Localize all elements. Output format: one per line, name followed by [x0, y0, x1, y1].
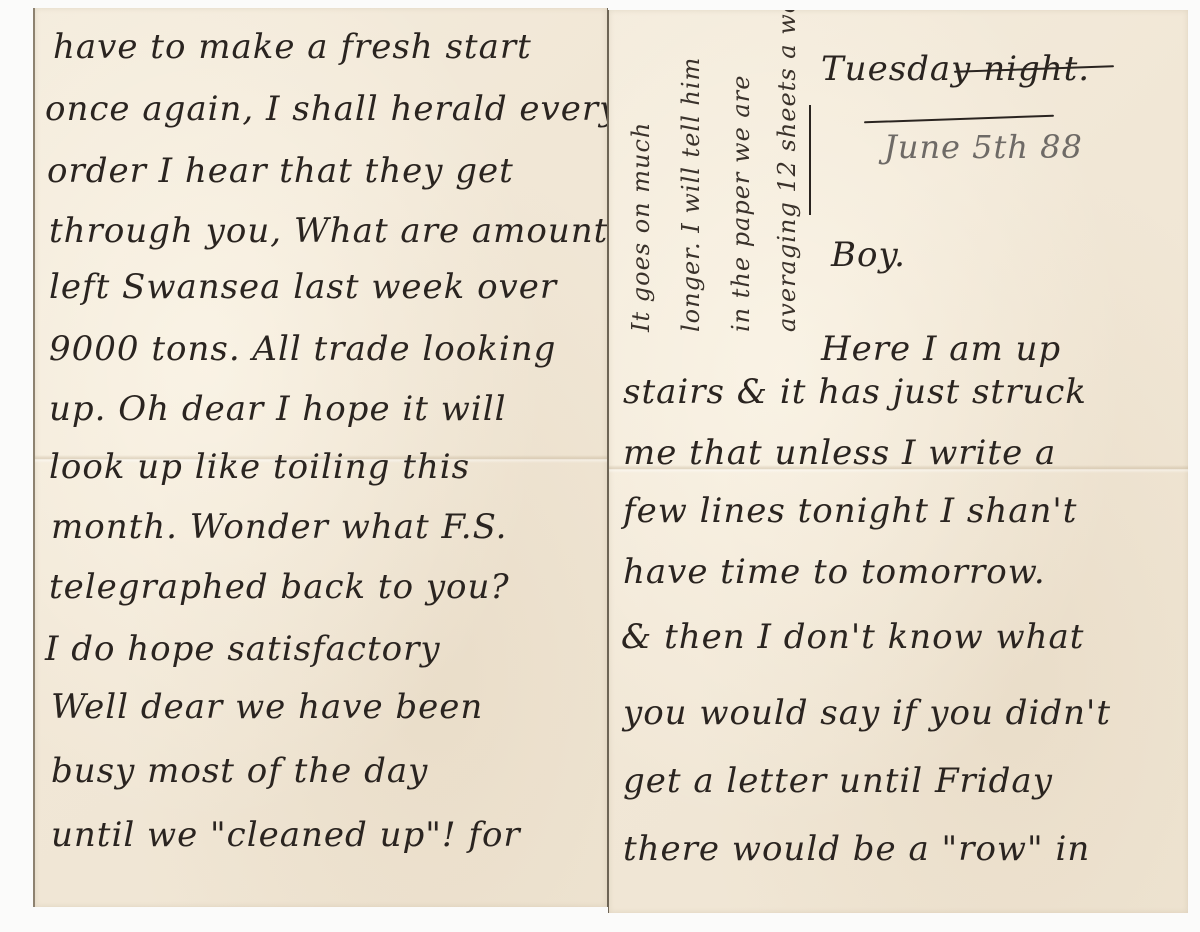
salutation: Boy. [831, 238, 906, 272]
left-line-10: telegraphed back to you? [49, 570, 510, 604]
right-line-6: & then I don't know what [621, 620, 1084, 654]
left-line-6: 9000 tons. All trade looking [49, 332, 556, 366]
right-line-8: get a letter until Friday [623, 764, 1053, 798]
left-line-11: I do hope satisfactory [45, 632, 441, 666]
right-line-7: you would say if you didn't [623, 696, 1111, 730]
margin-note-line-4: averaging 12 sheets a week!!! [773, 10, 801, 332]
left-line-13: busy most of the day [51, 754, 428, 788]
right-line-9: there would be a "row" in [623, 832, 1090, 866]
left-line-8: look up like toiling this [49, 450, 470, 484]
margin-note-line-2: longer. I will tell him [677, 57, 705, 332]
left-line-12: Well dear we have been [51, 690, 483, 724]
left-line-4: through you, What are amounts. [49, 214, 608, 248]
heading-underline-2 [864, 115, 1054, 124]
left-line-2: once again, I shall herald every [45, 92, 608, 126]
right-line-2: stairs & it has just struck [623, 375, 1087, 409]
margin-note-line-1: It goes on much [627, 122, 655, 332]
left-page: have to make a fresh start once again, I… [33, 8, 608, 907]
right-line-3: me that unless I write a [623, 436, 1056, 470]
right-page: It goes on much longer. I will tell him … [608, 10, 1188, 913]
left-line-9: month. Wonder what F.S. [51, 510, 507, 544]
margin-note-underline [809, 105, 811, 215]
letter-scan: have to make a fresh start once again, I… [0, 0, 1200, 932]
left-line-3: order I hear that they get [47, 154, 514, 188]
right-line-1: Here I am up [821, 332, 1061, 366]
left-line-7: up. Oh dear I hope it will [49, 392, 506, 426]
left-line-5: left Swansea last week over [49, 270, 557, 304]
margin-note-line-3: in the paper we are [727, 75, 755, 332]
letter-date: June 5th 88 [884, 128, 1083, 166]
right-line-4: few lines tonight I shan't [623, 494, 1077, 528]
left-line-1: have to make a fresh start [53, 30, 532, 64]
left-line-14: until we "cleaned up"! for [51, 818, 521, 852]
right-line-5: have time to tomorrow. [623, 555, 1046, 589]
